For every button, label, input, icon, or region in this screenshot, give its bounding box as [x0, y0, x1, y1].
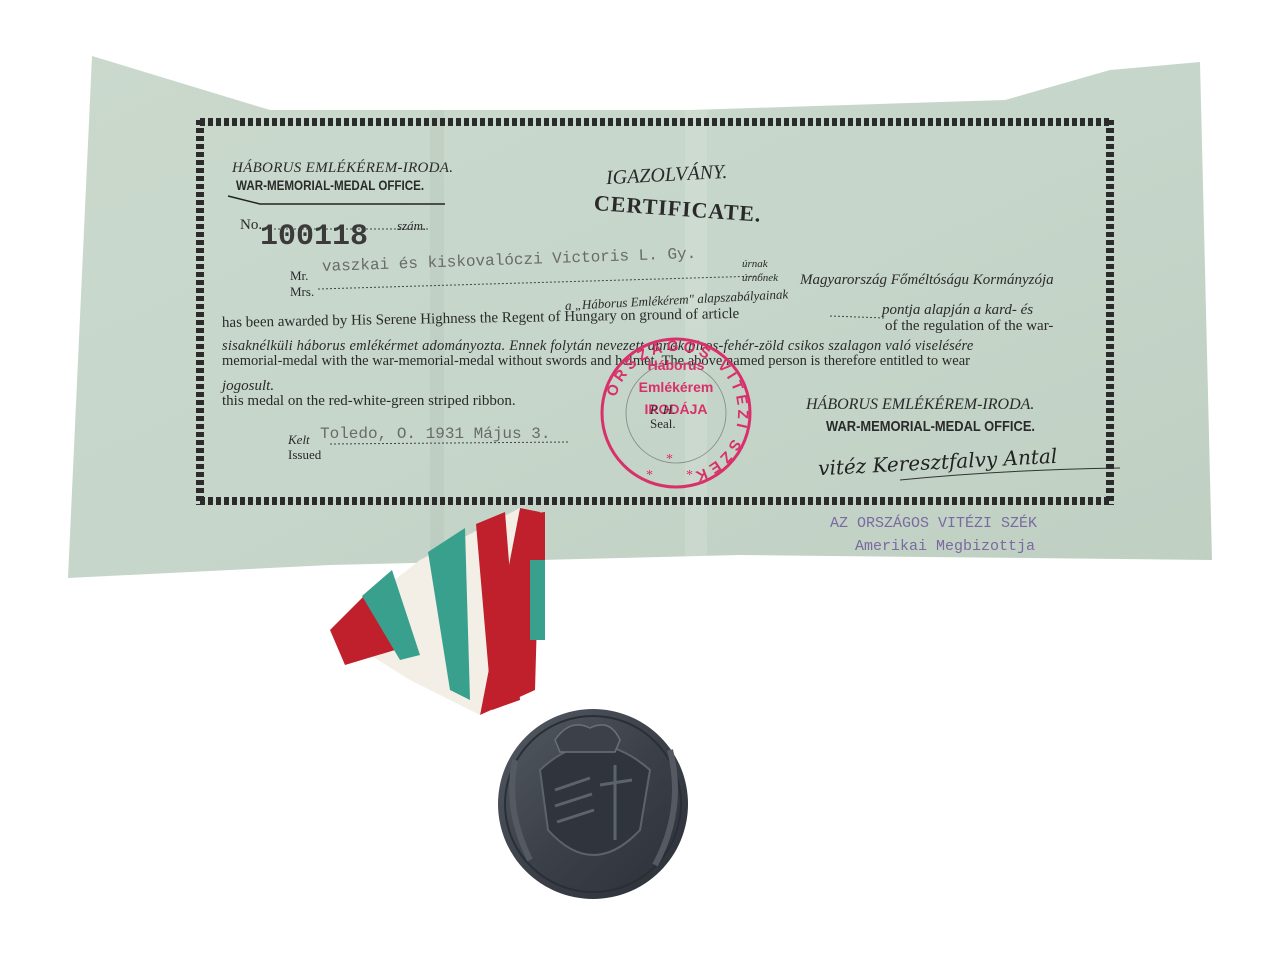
urnonek-label: úrnőnek	[742, 272, 778, 284]
mrs-label: Mrs.	[290, 284, 314, 300]
footer-office-hu: HÁBORUS EMLÉKÉREM-IRODA.	[806, 396, 1034, 414]
stamp-line2: Emlékérem	[596, 377, 756, 397]
office-name-hu: HÁBORUS EMLÉKÉREM-IRODA.	[232, 160, 453, 177]
svg-text:*: *	[666, 452, 673, 467]
issued-value: Toledo, O. 1931 Május 3.	[320, 425, 550, 443]
red-stamp: ORSZÁGOS VITÉZI SZÉK * * * Háborús Emlék…	[596, 333, 756, 493]
number-suffix: szám.	[397, 218, 426, 234]
typed-footer-line2: Amerikai Megbizottja	[855, 538, 1035, 555]
typed-footer-line1: AZ ORSZÁGOS VITÉZI SZÉK	[830, 515, 1037, 532]
stamp-line3: IRODÁJA	[596, 399, 756, 419]
war-memorial-medal	[498, 709, 688, 899]
svg-text:*: *	[686, 468, 693, 483]
line-ribbon-en: this medal on the red-white-green stripe…	[222, 393, 516, 410]
number-label: No.	[240, 217, 262, 234]
svg-text:*: *	[646, 468, 653, 483]
office-name-en: WAR-MEMORIAL-MEDAL OFFICE.	[236, 178, 424, 193]
regent-hu: Magyarország Főméltóságu Kormányzója	[800, 272, 1054, 289]
stamp-line1: Háborús	[596, 355, 756, 375]
footer-office-en: WAR-MEMORIAL-MEDAL OFFICE.	[826, 418, 1035, 435]
kelt-label: Kelt	[288, 432, 310, 448]
line-pontja-hu: pontja alapján a kard- és	[882, 302, 1033, 319]
issued-label: Issued	[288, 447, 321, 463]
seal-label-en: Seal.	[650, 416, 676, 432]
certificate-number: 100118	[260, 220, 368, 254]
certificate-document: HÁBORUS EMLÉKÉREM-IRODA. WAR-MEMORIAL-ME…	[0, 0, 1280, 960]
line-regulation-en: of the regulation of the war-	[885, 318, 1053, 335]
mr-label: Mr.	[290, 268, 308, 284]
urak-label: úrnak	[742, 258, 768, 270]
